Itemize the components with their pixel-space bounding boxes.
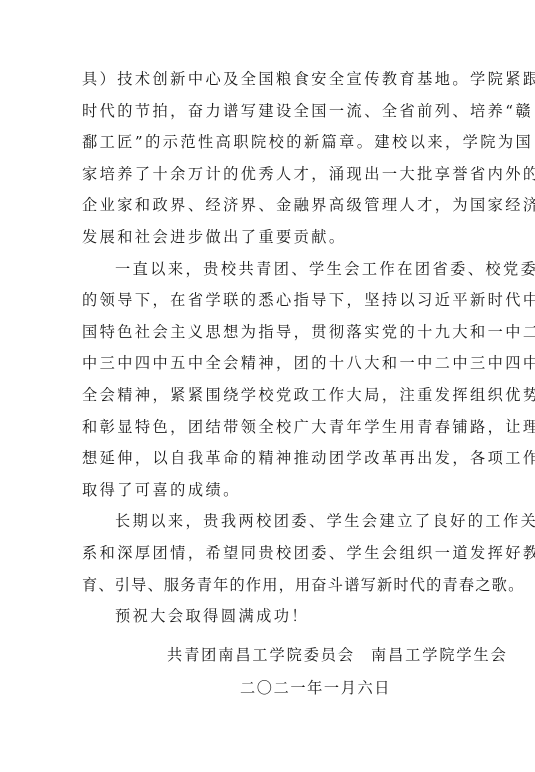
body-line: 和彰显特色，团结带领全校广大青年学生用青春铺路，让理	[82, 412, 460, 444]
body-line: 国特色社会主义思想为指导，贯彻落实党的十九大和一中二	[82, 317, 460, 349]
body-line: 发展和社会进步做出了重要贡献。	[82, 222, 460, 254]
body-line: 育、引导、服务青年的作用，用奋斗谱写新时代的青春之歌。	[82, 570, 460, 602]
signature-block: 共青团南昌工学院委员会南昌工学院学生会	[167, 643, 508, 667]
body-line: 预祝大会取得圆满成功！	[82, 601, 460, 633]
signature-org-student-union: 南昌工学院学生会	[371, 646, 508, 664]
letter-body: 具）技术创新中心及全国粮食安全宣传教育基地。学院紧跟 时代的节拍，奋力谱写建设全…	[82, 64, 460, 633]
body-line: 中三中四中五中全会精神，团的十八大和一中二中三中四中	[82, 348, 460, 380]
body-line: 全会精神，紧紧围绕学校党政工作大局，注重发挥组织优势	[82, 380, 460, 412]
body-line: 取得了可喜的成绩。	[82, 475, 460, 507]
body-line: 家培养了十余万计的优秀人才，涌现出一大批享誉省内外的	[82, 159, 460, 191]
body-line: 鄱工匠”的示范性高职院校的新篇章。建校以来，学院为国	[82, 127, 460, 159]
document-page: 具）技术创新中心及全国粮食安全宣传教育基地。学院紧跟 时代的节拍，奋力谱写建设全…	[0, 0, 535, 772]
body-line: 时代的节拍，奋力谱写建设全国一流、全省前列、培养“赣	[82, 96, 460, 128]
body-line: 长期以来，贵我两校团委、学生会建立了良好的工作关	[82, 506, 460, 538]
body-line: 想延伸，以自我革命的精神推动团学改革再出发，各项工作	[82, 443, 460, 475]
body-line: 企业家和政界、经济界、金融界高级管理人才，为国家经济	[82, 190, 460, 222]
signature-org-youth-league: 共青团南昌工学院委员会	[167, 646, 355, 664]
body-line: 一直以来，贵校共青团、学生会工作在团省委、校党委	[82, 254, 460, 286]
body-line: 的领导下，在省学联的悉心指导下，坚持以习近平新时代中	[82, 285, 460, 317]
letter-date: 二〇二一年一月六日	[240, 676, 391, 700]
body-line: 具）技术创新中心及全国粮食安全宣传教育基地。学院紧跟	[82, 64, 460, 96]
body-line: 系和深厚团情，希望同贵校团委、学生会组织一道发挥好教	[82, 538, 460, 570]
